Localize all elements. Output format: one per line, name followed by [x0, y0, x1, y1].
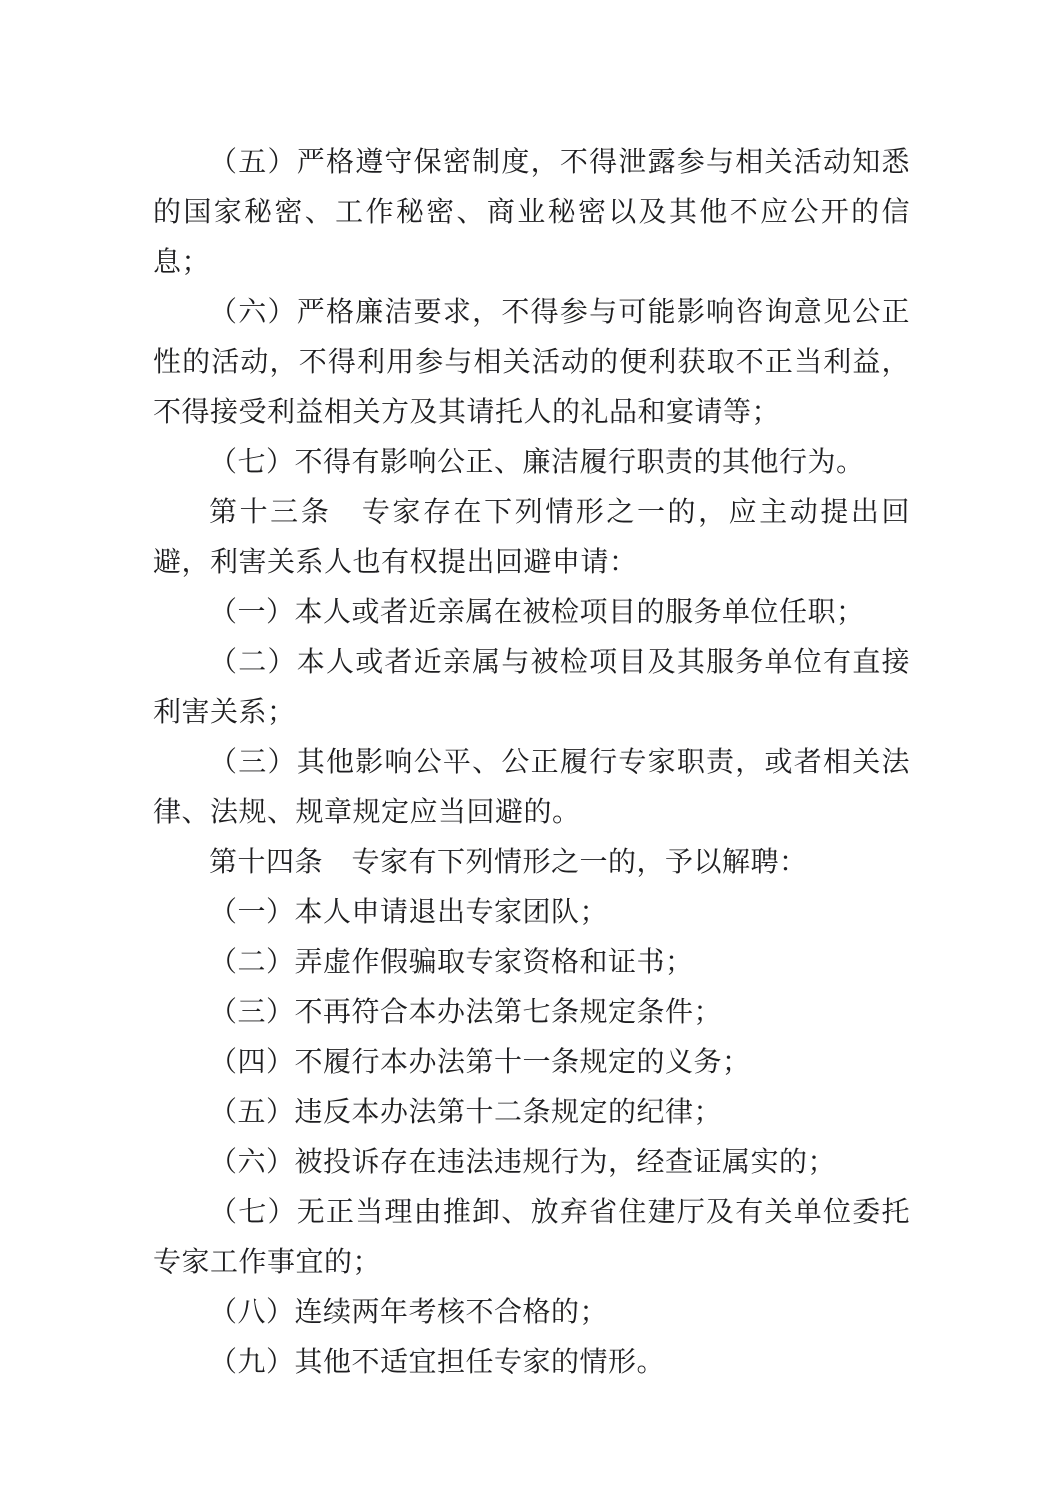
paragraph: （七）无正当理由推卸、放弃省住建厅及有关单位委托专家工作事宜的； — [153, 1188, 910, 1288]
paragraph: （八）连续两年考核不合格的； — [153, 1288, 910, 1338]
paragraph: （六）被投诉存在违法违规行为，经查证属实的； — [153, 1138, 910, 1188]
paragraph: （七）不得有影响公正、廉洁履行职责的其他行为。 — [153, 438, 910, 488]
document-body: （五）严格遵守保密制度，不得泄露参与相关活动知悉的国家秘密、工作秘密、商业秘密以… — [153, 138, 910, 1388]
paragraph: （九）其他不适宜担任专家的情形。 — [153, 1338, 910, 1388]
paragraph: （四）不履行本办法第十一条规定的义务； — [153, 1038, 910, 1088]
document-page: （五）严格遵守保密制度，不得泄露参与相关活动知悉的国家秘密、工作秘密、商业秘密以… — [0, 0, 1060, 1500]
paragraph: （五）违反本办法第十二条规定的纪律； — [153, 1088, 910, 1138]
paragraph: （五）严格遵守保密制度，不得泄露参与相关活动知悉的国家秘密、工作秘密、商业秘密以… — [153, 138, 910, 288]
paragraph: （三）其他影响公平、公正履行专家职责，或者相关法律、法规、规章规定应当回避的。 — [153, 738, 910, 838]
paragraph: （二）弄虚作假骗取专家资格和证书； — [153, 938, 910, 988]
paragraph: 第十四条 专家有下列情形之一的，予以解聘： — [153, 838, 910, 888]
paragraph: （二）本人或者近亲属与被检项目及其服务单位有直接利害关系； — [153, 638, 910, 738]
paragraph: （一）本人申请退出专家团队； — [153, 888, 910, 938]
paragraph: 第十三条 专家存在下列情形之一的，应主动提出回避，利害关系人也有权提出回避申请： — [153, 488, 910, 588]
paragraph: （一）本人或者近亲属在被检项目的服务单位任职； — [153, 588, 910, 638]
paragraph: （六）严格廉洁要求，不得参与可能影响咨询意见公正性的活动，不得利用参与相关活动的… — [153, 288, 910, 438]
paragraph: （三）不再符合本办法第七条规定条件； — [153, 988, 910, 1038]
